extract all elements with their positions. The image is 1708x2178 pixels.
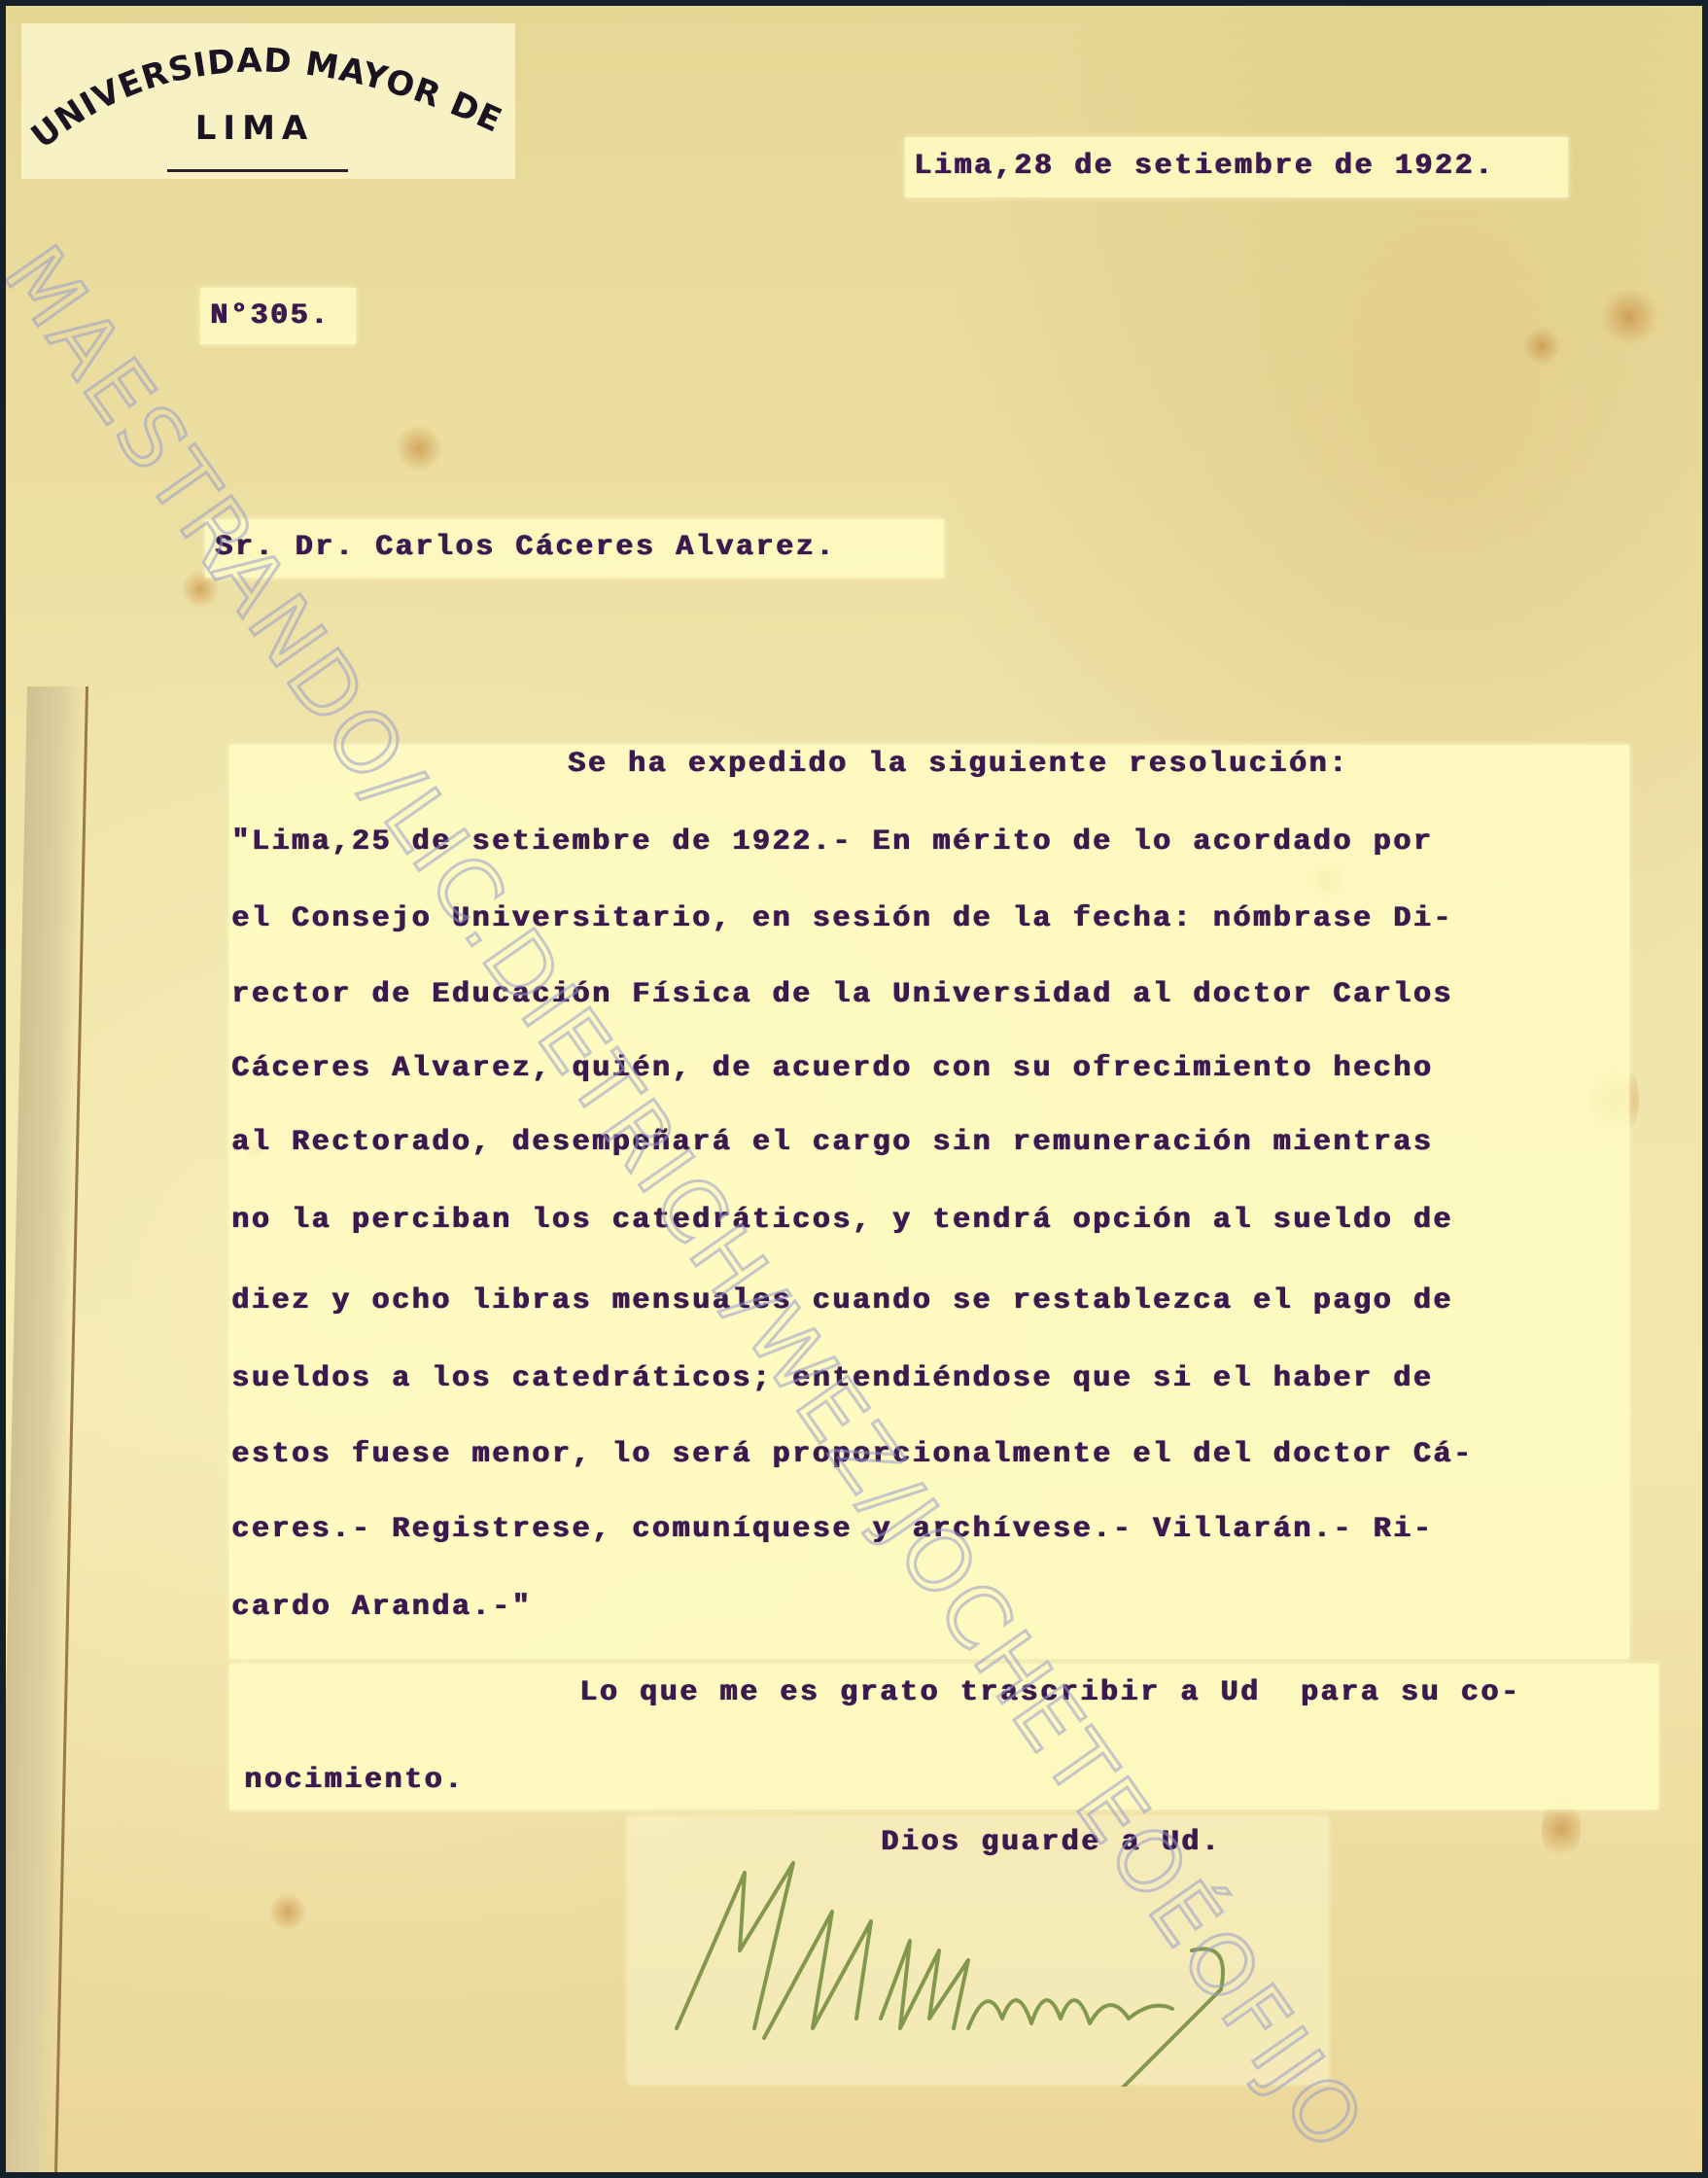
- page-fold-edge: [6, 686, 88, 2172]
- resolution-line: el Consejo Universitario, en sesión de l…: [231, 902, 1453, 935]
- resolution-line: ceres.- Registrese, comuníquese y archív…: [231, 1513, 1433, 1546]
- resolution-line: rector de Educación Física de la Univers…: [231, 978, 1453, 1011]
- document-page: UNIVERSIDAD MAYOR DE SAN MARCOS LIMA Lim…: [6, 6, 1702, 2172]
- resolution-line: "Lima,25 de setiembre de 1922.- En mérit…: [231, 826, 1433, 859]
- stain: [1600, 288, 1658, 346]
- resolution-line: al Rectorado, desempeñará el cargo sin r…: [231, 1126, 1433, 1159]
- document-number: N°305.: [210, 299, 331, 333]
- resolution-line: sueldos a los catedráticos; entendiéndos…: [231, 1362, 1433, 1395]
- resolution-intro: Se ha expedido la siguiente resolución:: [568, 748, 1349, 781]
- closing-line: nocimiento.: [244, 1764, 465, 1797]
- closing-line: Lo que me es grato trascribir a Ud para …: [579, 1676, 1520, 1709]
- letterhead-city: LIMA: [167, 109, 342, 148]
- resolution-line: cardo Aranda.-": [231, 1591, 532, 1624]
- resolution-line: estos fuese menor, lo será proporcionalm…: [231, 1438, 1473, 1471]
- resolution-line: no la perciban los catedráticos, y tendr…: [231, 1204, 1453, 1237]
- letterhead-rule: [167, 169, 348, 172]
- letterhead: UNIVERSIDAD MAYOR DE SAN MARCOS LIMA: [21, 23, 515, 179]
- handwritten-signature: [647, 1834, 1386, 2087]
- resolution-line: diez y ocho libras mensuales cuando se r…: [231, 1284, 1453, 1317]
- letterhead-arc: UNIVERSIDAD MAYOR DE SAN MARCOS: [21, 23, 515, 179]
- stain: [268, 1892, 307, 1931]
- stain: [395, 424, 443, 473]
- recipient: Sr. Dr. Carlos Cáceres Alvarez.: [215, 531, 836, 564]
- stain: [1522, 327, 1561, 366]
- date-line: Lima,28 de setiembre de 1922.: [914, 150, 1495, 183]
- resolution-line: Cáceres Alvarez, quién, de acuerdo con s…: [231, 1052, 1433, 1085]
